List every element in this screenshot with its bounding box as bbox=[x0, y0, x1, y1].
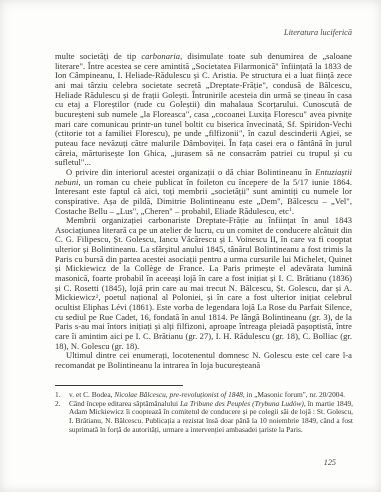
text-run: Ultimul dintre cei enumerați, locotenent… bbox=[55, 350, 352, 370]
text-run: , poetul național al Poloniei, și în car… bbox=[55, 292, 352, 350]
text-run-italic: carbonaria bbox=[141, 51, 180, 61]
text-run: , disimulate toate sub denumirea de „sal… bbox=[55, 51, 352, 167]
book-page: Literatura luciferică multe societăți de… bbox=[0, 0, 381, 492]
text-run-italic: Nicolae Bălcescu, pre-revoluționist of 1… bbox=[114, 390, 243, 399]
running-header: Literatura luciferică bbox=[55, 28, 352, 37]
footnote-separator bbox=[55, 385, 183, 386]
paragraph-4: Ultimul dintre cei enumerați, locotenent… bbox=[55, 351, 352, 370]
text-run-italic: La Tribune des Peuples (Trybuna Ludów) bbox=[180, 399, 304, 408]
body-text: multe societăți de tip carbonaria, disim… bbox=[55, 52, 352, 371]
footnote-2: 2. Când începe editarea săptămânalului L… bbox=[55, 400, 353, 435]
text-run: O privire din interiorul acestei organiz… bbox=[66, 167, 315, 177]
paragraph-2: O privire din interiorul acestei organiz… bbox=[55, 168, 352, 216]
footnote-text: Când începe editarea săptămânalului La T… bbox=[69, 400, 353, 435]
footnote-number: 2. bbox=[55, 400, 69, 435]
paragraph-1: multe societăți de tip carbonaria, disim… bbox=[55, 52, 352, 168]
footnote-ref-1: 1 bbox=[289, 207, 292, 213]
footnotes: 1. v. et C. Bodea, Nicolae Bălcescu, pre… bbox=[55, 391, 353, 435]
page-number: 125 bbox=[324, 458, 336, 467]
text-run: . bbox=[292, 206, 294, 216]
text-run: , in „Masonic forum", nr. 20/2004. bbox=[243, 390, 345, 399]
text-run: , un roman cu cheie publicat în foileton… bbox=[55, 177, 352, 216]
text-run: Când începe editarea săptămânalului bbox=[69, 399, 180, 408]
paragraph-3: Membrii organizației carbonariste Drepta… bbox=[55, 216, 352, 351]
text-run: multe societăți de tip bbox=[55, 51, 141, 61]
text-run: v. et C. Bodea, bbox=[69, 390, 114, 399]
text-run: Membrii organizației carbonariste Drepta… bbox=[55, 215, 352, 302]
